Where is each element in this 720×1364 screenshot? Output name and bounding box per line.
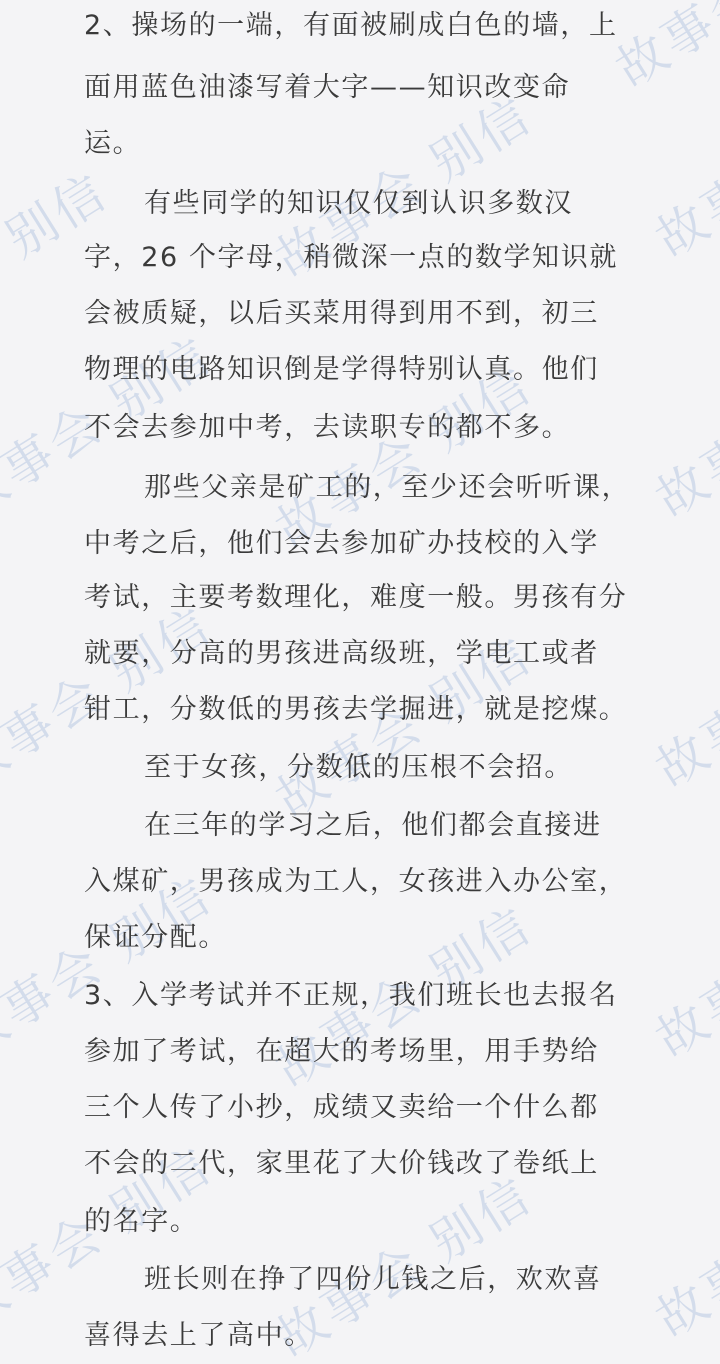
- paragraph-line: 物理的电路知识倒是学得特别认真。他们: [84, 352, 599, 388]
- paragraph-line: 钳工，分数低的男孩去学掘进，就是挖煤。: [84, 692, 627, 728]
- watermark-text: 故事会: [640, 124, 720, 271]
- paragraph-line: 三个人传了小抄，成绩又卖给一个什么都: [84, 1090, 599, 1126]
- paragraph-line: 3、入学考试并不正规，我们班长也去报名: [84, 978, 618, 1014]
- watermark-text: 故事会: [640, 924, 720, 1071]
- paragraph-line: 字，26 个字母，稍微深一点的数学知识就: [84, 240, 618, 276]
- paragraph-line: 2、操场的一端，有面被刷成白色的墙，上: [84, 8, 618, 44]
- paragraph-line: 至于女孩，分数低的压根不会招。: [144, 750, 573, 786]
- paragraph-line: 运。: [84, 126, 141, 162]
- paragraph-line: 不会去参加中考，去读职专的都不多。: [84, 410, 570, 446]
- paragraph-line: 班长则在挣了四份儿钱之后，欢欢喜: [144, 1262, 602, 1298]
- paragraph-line: 喜得去上了高中。: [84, 1318, 313, 1354]
- paragraph-line: 那些父亲是矿工的，至少还会听听课，: [144, 470, 630, 506]
- paragraph-line: 在三年的学习之后，他们都会直接进: [144, 808, 602, 844]
- watermark-text: 故事会: [640, 1204, 720, 1351]
- paragraph-line: 中考之后，他们会去参加矿办技校的入学: [84, 526, 599, 562]
- watermark-text: 故事会: [640, 384, 720, 531]
- paragraph-line: 会被质疑，以后买菜用得到用不到，初三: [84, 296, 599, 332]
- paragraph-line: 考试，主要考数理化，难度一般。男孩有分: [84, 580, 627, 616]
- paragraph-line: 入煤矿，男孩成为工人，女孩进入办公室，: [84, 864, 627, 900]
- paragraph-line: 就要，分高的男孩进高级班，学电工或者: [84, 636, 599, 672]
- paragraph-line: 有些同学的知识仅仅到认识多数汉: [144, 186, 573, 222]
- paragraph-line: 不会的二代，家里花了大价钱改了卷纸上: [84, 1146, 599, 1182]
- paragraph-line: 参加了考试，在超大的考场里，用手势给: [84, 1034, 599, 1070]
- paragraph-line: 的名字。: [84, 1204, 198, 1240]
- paragraph-line: 面用蓝色油漆写着大字——知识改变命: [84, 70, 570, 106]
- paragraph-line: 保证分配。: [84, 920, 227, 956]
- watermark-text: 故事会: [640, 654, 720, 801]
- watermark-text: 故事会: [600, 0, 720, 101]
